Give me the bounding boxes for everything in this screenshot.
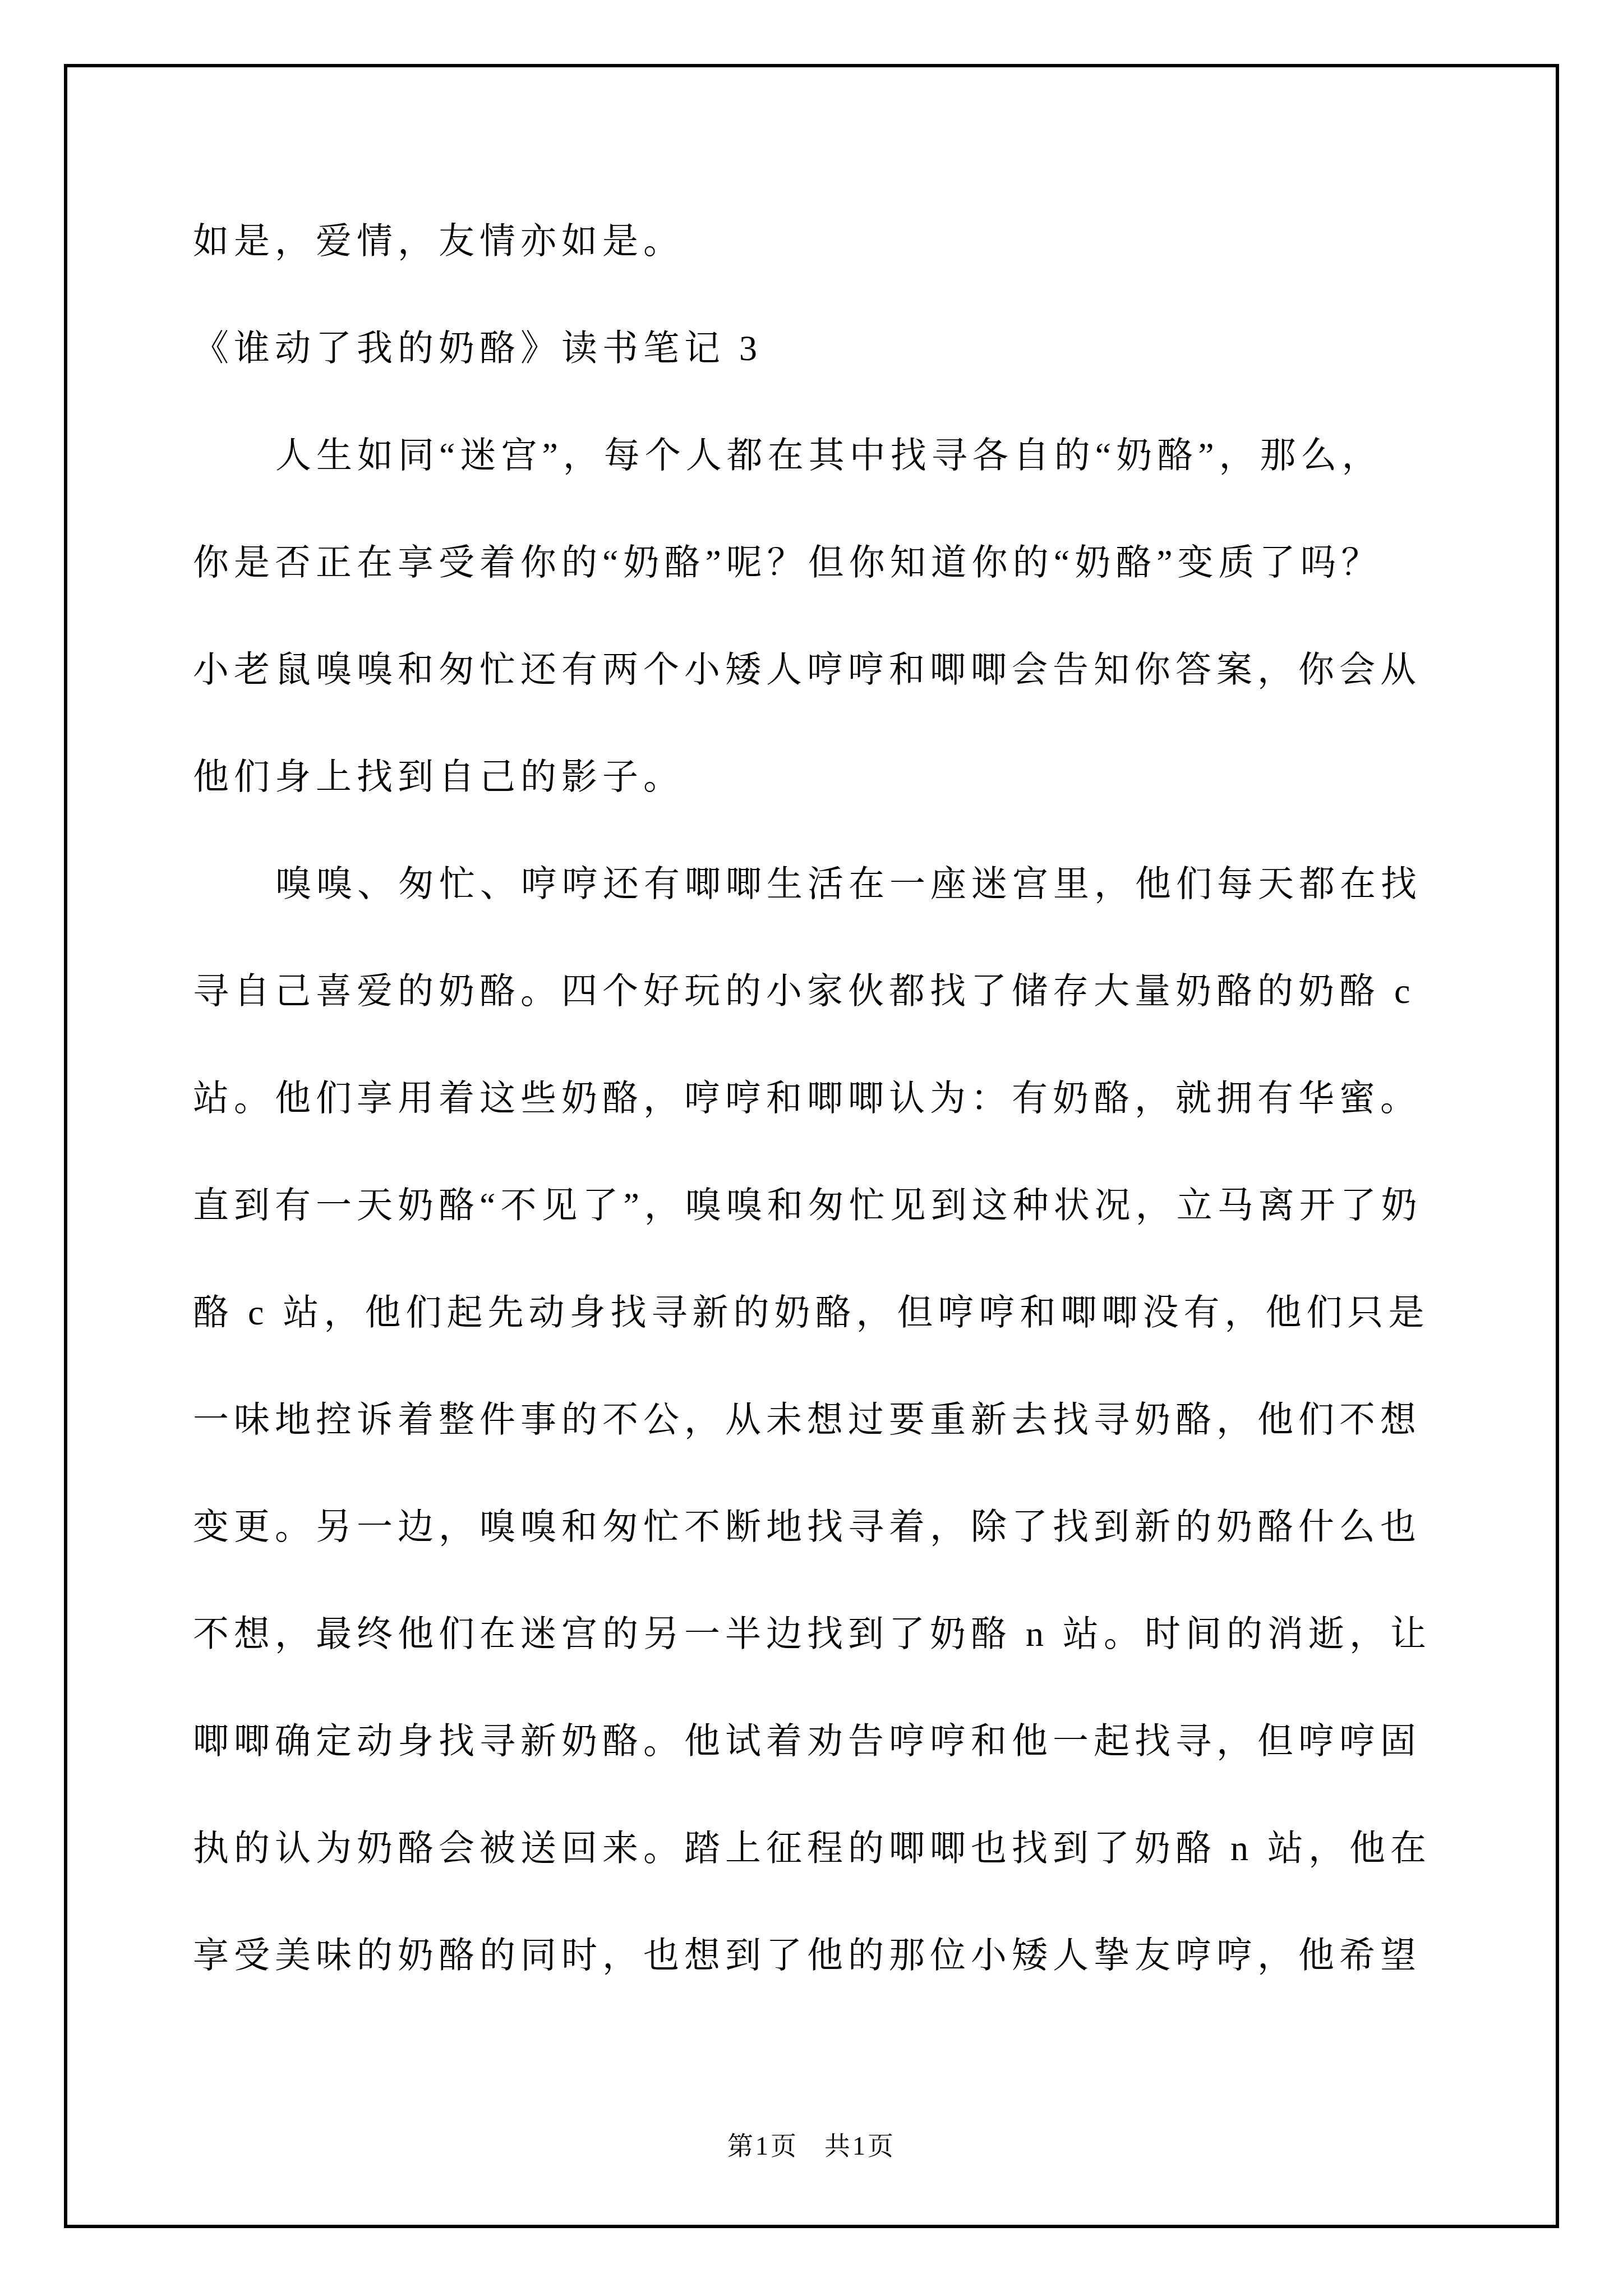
text-line: 你是否正在享受着你的“奶酪”呢？但你知道你的“奶酪”变质了吗？ bbox=[193, 509, 1430, 616]
page-footer: 第1页共1页 bbox=[67, 2129, 1556, 2163]
text-line: 一味地控诉着整件事的不公，从未想过要重新去找寻奶酪，他们不想 bbox=[193, 1366, 1430, 1473]
document-body: 如是，爱情，友情亦如是。《谁动了我的奶酪》读书笔记 3人生如同“迷宫”，每个人都… bbox=[193, 187, 1430, 2009]
text-line: 小老鼠嗅嗅和匆忙还有两个小矮人哼哼和唧唧会告知你答案，你会从 bbox=[193, 616, 1430, 723]
text-line: 人生如同“迷宫”，每个人都在其中找寻各自的“奶酪”，那么， bbox=[193, 402, 1430, 509]
text-line: 如是，爱情，友情亦如是。 bbox=[193, 187, 1430, 295]
text-line: 唧唧确定动身找寻新奶酪。他试着劝告哼哼和他一起找寻，但哼哼固 bbox=[193, 1687, 1430, 1795]
text-line: 享受美味的奶酪的同时，也想到了他的那位小矮人挚友哼哼，他希望 bbox=[193, 1902, 1430, 2009]
text-line: 不想，最终他们在迷宫的另一半边找到了奶酪 n 站。时间的消逝，让 bbox=[193, 1580, 1430, 1687]
text-line: 《谁动了我的奶酪》读书笔记 3 bbox=[193, 295, 1430, 402]
text-line: 嗅嗅、匆忙、哼哼还有唧唧生活在一座迷宫里，他们每天都在找 bbox=[193, 830, 1430, 937]
text-line: 变更。另一边，嗅嗅和匆忙不断地找寻着，除了找到新的奶酪什么也 bbox=[193, 1473, 1430, 1580]
text-line: 他们身上找到自己的影子。 bbox=[193, 723, 1430, 830]
footer-total-pages: 共1页 bbox=[824, 2132, 896, 2160]
text-line: 执的认为奶酪会被送回来。踏上征程的唧唧也找到了奶酪 n 站，他在 bbox=[193, 1795, 1430, 1902]
text-line: 酪 c 站，他们起先动身找寻新的奶酪，但哼哼和唧唧没有，他们只是 bbox=[193, 1259, 1430, 1366]
footer-page-number: 第1页 bbox=[727, 2132, 799, 2160]
page-border-frame: 如是，爱情，友情亦如是。《谁动了我的奶酪》读书笔记 3人生如同“迷宫”，每个人都… bbox=[64, 64, 1559, 2228]
text-line: 站。他们享用着这些奶酪，哼哼和唧唧认为：有奶酪，就拥有华蜜。 bbox=[193, 1045, 1430, 1152]
text-line: 寻自己喜爱的奶酪。四个好玩的小家伙都找了储存大量奶酪的奶酪 c bbox=[193, 937, 1430, 1045]
document-page: 如是，爱情，友情亦如是。《谁动了我的奶酪》读书笔记 3人生如同“迷宫”，每个人都… bbox=[0, 0, 1623, 2296]
text-line: 直到有一天奶酪“不见了”，嗅嗅和匆忙见到这种状况，立马离开了奶 bbox=[193, 1152, 1430, 1259]
